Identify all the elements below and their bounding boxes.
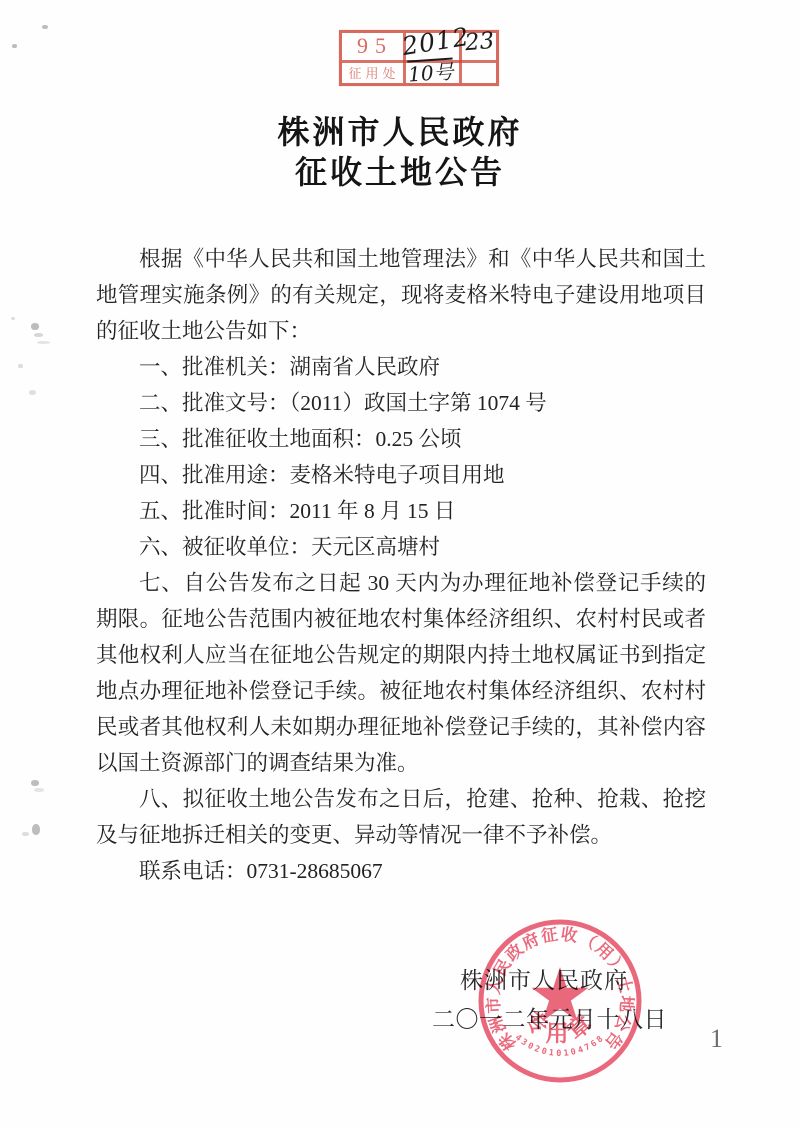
document-page: 95 征用处 2012 23 10号 株洲市人民政府 征收土地公告 根据《中华人…	[0, 0, 800, 1128]
intro-paragraph: 根据《中华人民共和国土地管理法》和《中华人民共和国土地管理实施条例》的有关规定，…	[96, 241, 706, 349]
scan-speck	[12, 44, 17, 48]
title-line-2: 征收土地公告	[0, 152, 800, 192]
scan-speck	[29, 390, 36, 395]
seal-inner-text: 专用章	[519, 1006, 601, 1046]
registry-stamp: 95 征用处 2012 23 10号	[339, 30, 499, 86]
scan-speck	[32, 824, 40, 835]
document-body: 根据《中华人民共和国土地管理法》和《中华人民共和国土地管理实施条例》的有关规定，…	[96, 241, 706, 889]
page-number: 1	[710, 1024, 723, 1054]
stamp-serial-number: 95	[342, 33, 403, 60]
document-title: 株洲市人民政府 征收土地公告	[0, 112, 800, 192]
scan-speck	[18, 364, 23, 368]
item-7-paragraph: 七、自公告发布之日起 30 天内为办理征地补偿登记手续的期限。征地公告范围内被征…	[96, 565, 706, 781]
contact-phone-line: 联系电话：0731-28685067	[96, 853, 706, 889]
item-8-paragraph: 八、拟征收土地公告发布之日后，抢建、抢种、抢栽、抢挖及与征地拆迁相关的变更、异动…	[96, 781, 706, 853]
list-item-1: 一、批准机关：湖南省人民政府	[96, 349, 706, 385]
list-item-4: 四、批准用途：麦格米特电子项目用地	[96, 457, 706, 493]
list-item-3: 三、批准征收土地面积：0.25 公顷	[96, 421, 706, 457]
scan-speck	[31, 323, 39, 330]
scan-speck	[34, 333, 43, 337]
official-round-seal: 株洲市人民政府征收（用）土地公告 专用章 4302010104768	[465, 906, 655, 1096]
title-line-1: 株洲市人民政府	[0, 112, 800, 152]
stamp-handwritten-issue-number: 10号	[407, 55, 454, 87]
scan-speck	[42, 25, 48, 29]
scan-speck	[34, 788, 44, 792]
scan-speck	[22, 832, 29, 836]
list-item-6: 六、被征收单位：天元区高塘村	[96, 529, 706, 565]
stamp-office-label: 征用处	[342, 64, 403, 84]
list-item-2: 二、批准文号：（2011）政国土字第 1074 号	[96, 385, 706, 421]
scan-speck	[31, 780, 39, 786]
scan-speck	[37, 341, 50, 344]
list-item-5: 五、批准时间：2011 年 8 月 15 日	[96, 493, 706, 529]
stamp-handwritten-doc-number: 23	[464, 28, 495, 56]
scan-speck	[11, 317, 15, 320]
